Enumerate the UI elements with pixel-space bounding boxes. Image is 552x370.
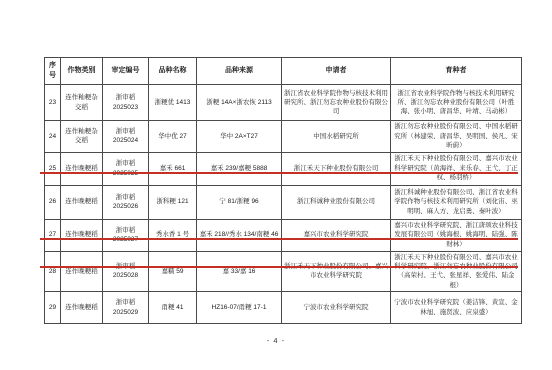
header-breeder: 育种者 [391,58,522,85]
table-row: 27 连作晚粳稻 浙审稻 2025027 秀水香 1 号 嘉禾 218//秀水 … [45,219,522,251]
cell-breeder: 浙江禾天下种业股份有限公司、嘉兴市农业科学研究院、浙江勿忘农种业股份有限公司（高… [391,251,522,292]
cell-variety-name: 甬粳 41 [149,292,197,324]
approval-code-prefix: 浙审稻 [105,298,146,307]
approval-code-number: 2025028 [105,271,146,280]
approval-code-prefix: 浙审稻 [105,193,146,202]
cell-serial-number: 29 [45,292,61,324]
cell-variety-name: 嘉糯 59 [149,251,197,292]
cell-crop-category: 连作晚粳稻 [61,152,103,185]
cell-breeder: 宁波市农业科学研究院（姜洁锋、黄宣、金林旭、施贤波、应泉盛） [391,292,522,324]
red-annotation-line-2 [40,238,518,240]
table-row: 25 连作晚粳稻 浙审稻 2025025 嘉禾 661 嘉禾 239/嘉粳 58… [45,152,522,185]
cell-approval-code: 浙审稻 2025025 [103,152,149,185]
cell-crop-category: 连作晚粳稻 [61,292,103,324]
cell-variety-source: 宁 81/浙粳 96 [197,185,282,219]
cell-crop-category: 连作晚粳稻 [61,251,103,292]
header-applicant: 申请者 [282,58,391,85]
cell-variety-source: HZ16-07/甬粳 17-1 [197,292,282,324]
red-annotation-line-3 [40,266,518,268]
page-number: - 4 - [0,336,552,345]
table-row: 23 连作籼粳杂交稻 浙审稻 2025023 浙粳优 1413 浙粳 14A×浙… [45,85,522,121]
cell-variety-source: 嘉禾 218//秀水 134/南粳 46 [197,219,282,251]
approval-code-prefix: 浙审稻 [105,93,146,102]
table-row: 29 连作晚粳稻 浙审稻 2025029 甬粳 41 HZ16-07/甬粳 17… [45,292,522,324]
approval-code-prefix: 浙审稻 [105,226,146,235]
approval-code-prefix: 浙审稻 [105,159,146,168]
cell-variety-name: 浙粳优 1413 [149,85,197,121]
cell-approval-code: 浙审稻 2025024 [103,121,149,152]
cell-applicant: 浙江禾天下种业股份有限公司 [282,152,391,185]
table-row: 28 连作晚粳稻 浙审稻 2025028 嘉糯 59 嘉 33/嘉 16 浙江禾… [45,251,522,292]
header-variety-name: 品种名称 [149,58,197,85]
cell-variety-name: 嘉禾 661 [149,152,197,185]
cell-applicant: 浙江科诚种业股份有限公司 [282,185,391,219]
cell-serial-number: 23 [45,85,61,121]
red-annotation-line-1 [40,172,518,174]
header-crop-category: 作物类别 [61,58,103,85]
cell-serial-number: 26 [45,185,61,219]
cell-crop-category: 连作籼粳杂交稻 [61,121,103,152]
cell-applicant: 嘉兴市农业科学研究院 [282,219,391,251]
cell-serial-number: 24 [45,121,61,152]
cell-approval-code: 浙审稻 2025029 [103,292,149,324]
table-body: 23 连作籼粳杂交稻 浙审稻 2025023 浙粳优 1413 浙粳 14A×浙… [45,85,522,324]
approval-code-number: 2025029 [105,308,146,317]
table-row: 26 连作晚粳稻 浙审稻 2025026 浙科粳 121 宁 81/浙粳 96 … [45,185,522,219]
cell-breeder: 嘉兴市农业科学研究院、浙江唐颂农业科技发展有限公司（姚海根、姚海明、陆强、陈财林… [391,219,522,251]
variety-approval-table: 序号 作物类别 审定编号 品种名称 品种来源 申请者 育种者 23 连作籼粳杂交… [44,57,522,324]
cell-approval-code: 浙审稻 2025027 [103,219,149,251]
table-header-row: 序号 作物类别 审定编号 品种名称 品种来源 申请者 育种者 [45,58,522,85]
cell-applicant: 中国水稻研究所 [282,121,391,152]
cell-variety-name: 浙科粳 121 [149,185,197,219]
cell-applicant: 浙江禾天下种业股份有限公司、嘉兴市农业科学研究院 [282,251,391,292]
cell-serial-number: 28 [45,251,61,292]
cell-breeder: 浙江科诚种业股份有限公司、浙江省农业科学院作物与核技术利用研究所（刘化宙、巫明明… [391,185,522,219]
cell-crop-category: 连作晚粳稻 [61,219,103,251]
cell-variety-name: 华中优 27 [149,121,197,152]
table-header: 序号 作物类别 审定编号 品种名称 品种来源 申请者 育种者 [45,58,522,85]
header-serial-number: 序号 [45,58,61,85]
cell-variety-source: 华中 2A×T27 [197,121,282,152]
cell-approval-code: 浙审稻 2025026 [103,185,149,219]
header-approval-code: 审定编号 [103,58,149,85]
cell-crop-category: 连作晚粳稻 [61,185,103,219]
approval-code-prefix: 浙审稻 [105,127,146,136]
cell-variety-source: 嘉禾 239/嘉粳 5888 [197,152,282,185]
approval-code-number: 2025026 [105,202,146,211]
cell-breeder: 浙江勿忘农种业股份有限公司、中国水稻研究所（林建荣、唐昌华、吴明国、侯凡、宋昕蔚… [391,121,522,152]
header-variety-source: 品种来源 [197,58,282,85]
cell-approval-code: 浙审稻 2025028 [103,251,149,292]
cell-serial-number: 27 [45,219,61,251]
cell-applicant: 宁波市农业科学研究院 [282,292,391,324]
approval-code-number: 2025024 [105,136,146,145]
table-row: 24 连作籼粳杂交稻 浙审稻 2025024 华中优 27 华中 2A×T27 … [45,121,522,152]
cell-breeder: 浙江禾天下种业股份有限公司、嘉兴市农业科学研究院（黄海祥、来乐春、王弋、丁正权、… [391,152,522,185]
cell-crop-category: 连作籼粳杂交稻 [61,85,103,121]
cell-variety-source: 浙粳 14A×浙农恢 2113 [197,85,282,121]
cell-variety-name: 秀水香 1 号 [149,219,197,251]
cell-variety-source: 嘉 33/嘉 16 [197,251,282,292]
cell-serial-number: 25 [45,152,61,185]
cell-approval-code: 浙审稻 2025023 [103,85,149,121]
cell-applicant: 浙江省农业科学院作物与核技术利用研究所、浙江勿忘农种业股份有限公司 [282,85,391,121]
cell-breeder: 浙江省农业科学院作物与核技术利用研究所、浙江勿忘农种业股份有限公司（叶胜海、张小… [391,85,522,121]
approval-code-number: 2025023 [105,103,146,112]
